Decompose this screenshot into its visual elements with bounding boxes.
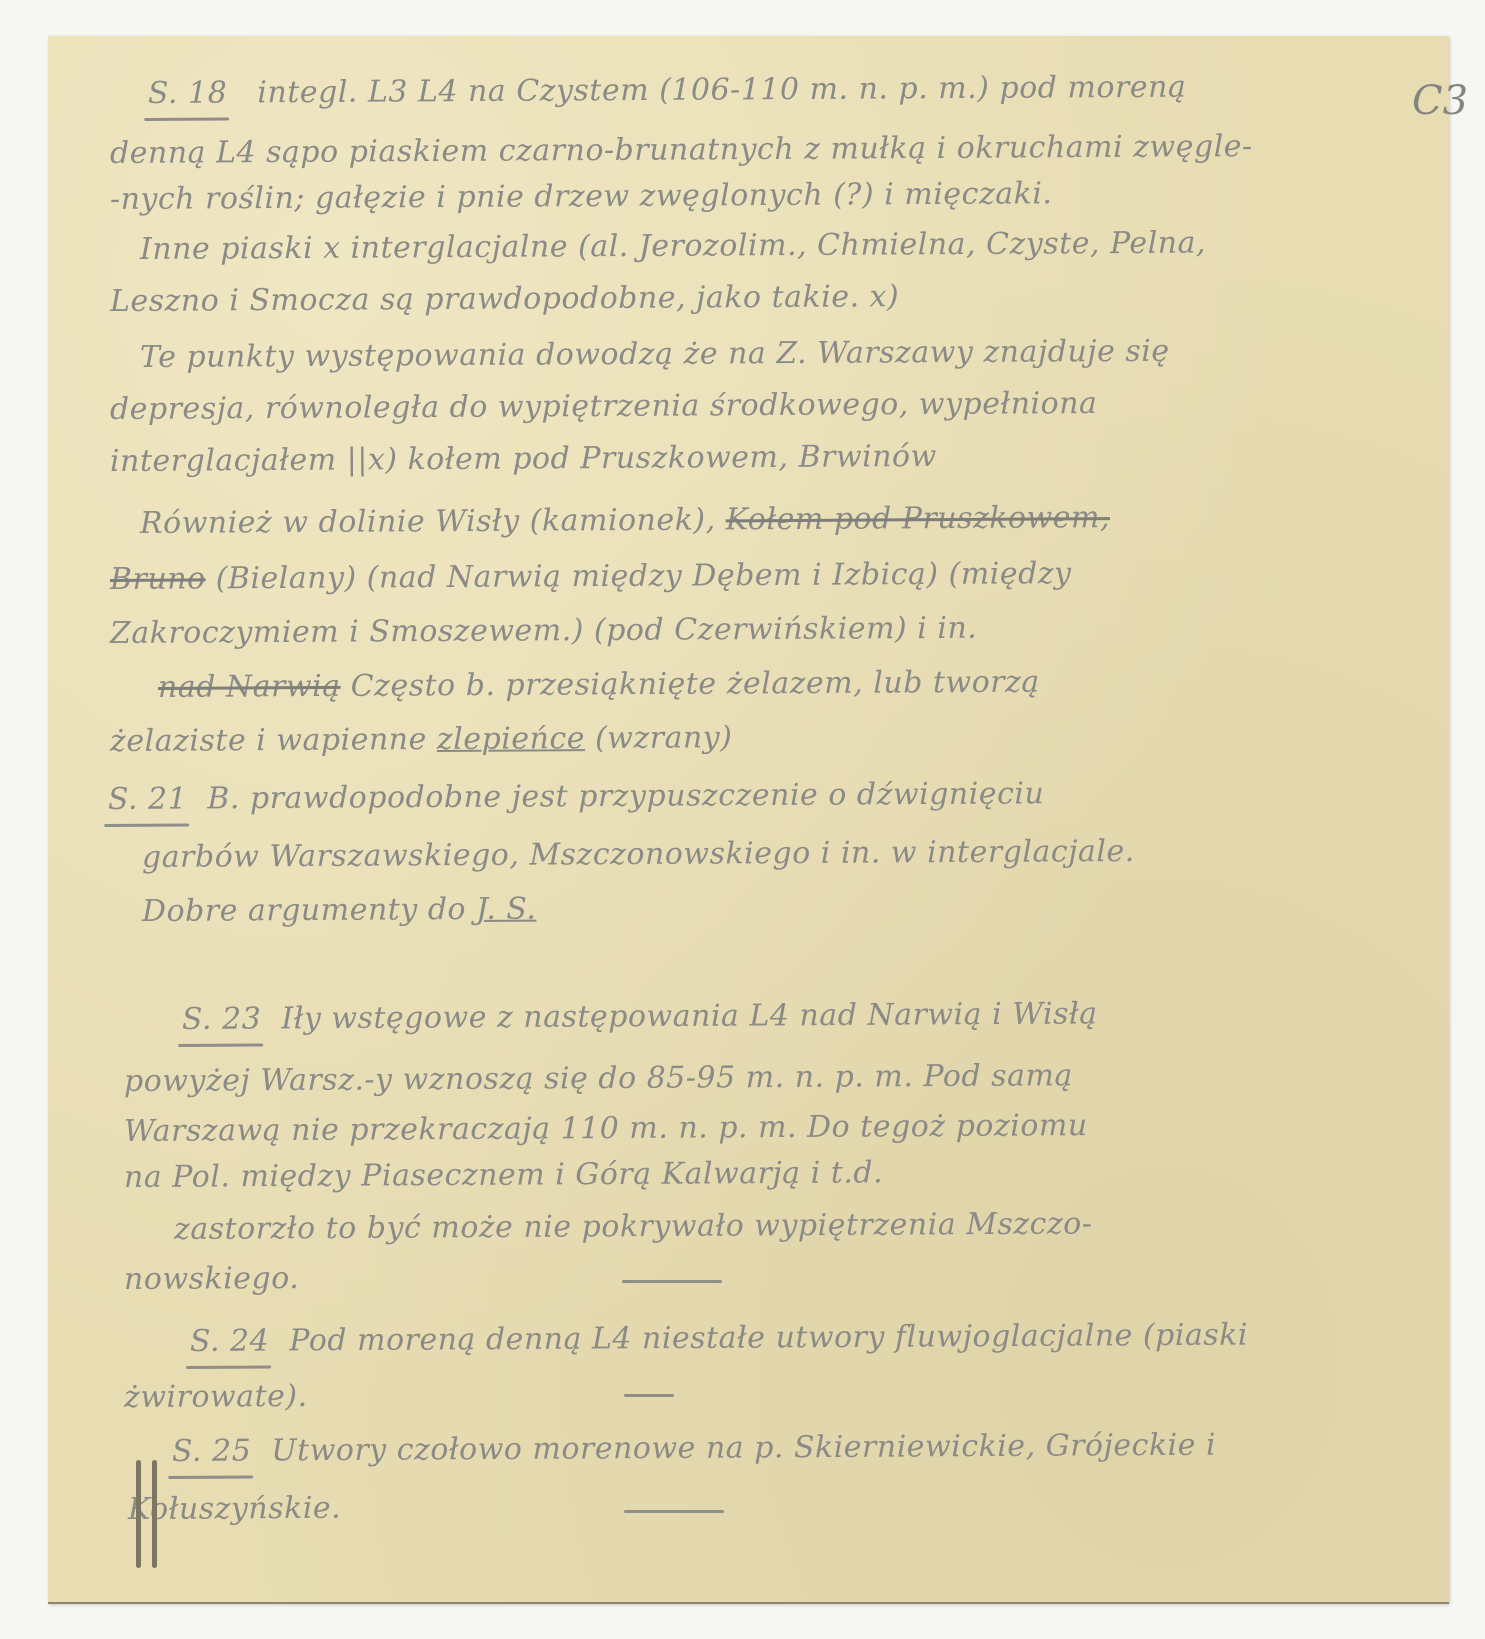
section-label: S. 25 — [172, 1434, 251, 1469]
line-text: Warszawą nie przekraczają 110 m. n. p. m… — [124, 1108, 1088, 1149]
line-text: Leszno i Smocza są prawdopodobne, jako t… — [110, 279, 899, 319]
scan-background: C3 S. 18 integl. L3 L4 na Czystem (106-1… — [0, 0, 1485, 1639]
line-16: Dobre argumenty do J. S. — [142, 892, 537, 929]
line-tail: (wzrany) — [595, 720, 733, 756]
line-25: S. 25 Utwory czołowo morenowe na p. Skie… — [172, 1428, 1216, 1469]
line-10: Bruno (Bielany) (nad Narwią między Dębem… — [110, 556, 1072, 597]
line-9: Również w dolinie Wisły (kamionek), Kołe… — [140, 500, 1110, 541]
line-text: na Pol. między Piasecznem i Górą Kalwarj… — [124, 1155, 883, 1195]
line-13: żelaziste i wapienne zlepieńce (wzrany) — [110, 720, 733, 759]
line-12: nad Narwią Często b. przesiąknięte żelaz… — [158, 665, 1040, 705]
line-text: Pod moreną denną L4 niestałe utwory fluw… — [289, 1318, 1248, 1359]
line-text: powyżej Warsz.-y wznoszą się do 85-95 m.… — [124, 1058, 1073, 1099]
line-text: żwirowate). — [124, 1379, 308, 1415]
line-text: Zakroczymiem i Smoszewem.) (pod Czerwińs… — [110, 611, 978, 651]
line-8: interglacjałem ||x) kołem pod Pruszkowem… — [110, 439, 937, 479]
line-3: -nych roślin; gałęzie i pnie drzew zwęgl… — [110, 176, 1053, 217]
line-text: nowskiego. — [124, 1261, 299, 1297]
line-2: denną L4 sąpo piaskiem czarno-brunatnych… — [110, 129, 1253, 171]
struck-text: nad Narwią — [158, 669, 341, 705]
line-text: Iły wstęgowe z następowania L4 nad Narwi… — [281, 996, 1098, 1036]
double-bar-margin-mark — [136, 1460, 166, 1572]
line-6: Te punkty występowania dowodzą że na Z. … — [140, 334, 1170, 375]
line-text: żelaziste i wapienne — [110, 722, 427, 759]
struck-text: Kołem pod Pruszkowem, — [726, 500, 1111, 537]
line-24: żwirowate). — [124, 1379, 308, 1415]
line-20: na Pol. między Piasecznem i Górą Kalwarj… — [124, 1155, 883, 1195]
line-14: S. 21 B. prawdopodobne jest przypuszczen… — [108, 776, 1044, 817]
line-23: S. 24 Pod moreną denną L4 niestałe utwor… — [190, 1318, 1248, 1359]
page-number-mark: C3 — [1412, 78, 1456, 122]
line-text: Często b. przesiąknięte żelazem, lub two… — [351, 665, 1040, 704]
paper-sheet: C3 S. 18 integl. L3 L4 na Czystem (106-1… — [48, 36, 1449, 1604]
line-17: S. 23 Iły wstęgowe z następowania L4 nad… — [182, 996, 1098, 1037]
line-19: Warszawą nie przekraczają 110 m. n. p. m… — [124, 1108, 1088, 1149]
line-15: garbów Warszawskiego, Mszczonowskiego i … — [142, 834, 1135, 875]
line-text: Inne piaski x interglacjalne (al. Jerozo… — [140, 225, 1206, 267]
line-text: (Bielany) (nad Narwią między Dębem i Izb… — [216, 556, 1072, 596]
line-word: do — [428, 892, 466, 927]
section-label: S. 21 — [108, 782, 187, 817]
line-text: -nych roślin; gałęzie i pnie drzew zwęgl… — [110, 176, 1053, 217]
line-text: Dobre argumenty — [142, 892, 418, 929]
separator-rule — [622, 1280, 722, 1283]
line-4: Inne piaski x interglacjalne (al. Jerozo… — [140, 225, 1206, 267]
line-text: Również w dolinie Wisły (kamionek), — [140, 502, 716, 541]
section-label: S. 24 — [190, 1324, 269, 1359]
separator-rule — [624, 1394, 674, 1397]
line-text: Te punkty występowania dowodzą że na Z. … — [140, 334, 1170, 375]
section-label: S. 18 — [148, 76, 227, 111]
line-text: integl. L3 L4 na Czystem (106-110 m. n. … — [257, 70, 1186, 111]
line-text: zastorzło to być może nie pokrywało wypi… — [174, 1206, 1093, 1247]
separator-rule — [624, 1510, 724, 1513]
line-text: Utwory czołowo morenowe na p. Skierniewi… — [271, 1428, 1216, 1469]
line-text: depresja, równoległa do wypiętrzenia śro… — [110, 386, 1098, 427]
line-7: depresja, równoległa do wypiętrzenia śro… — [110, 386, 1098, 427]
struck-text: Bruno — [110, 561, 206, 597]
line-text: garbów Warszawskiego, Mszczonowskiego i … — [142, 834, 1135, 875]
line-11: Zakroczymiem i Smoszewem.) (pod Czerwińs… — [110, 611, 978, 651]
underlined-initials: J. S. — [476, 892, 537, 927]
line-21: zastorzło to być może nie pokrywało wypi… — [174, 1206, 1093, 1247]
line-text: interglacjałem ||x) kołem pod Pruszkowem… — [110, 439, 937, 479]
line-22: nowskiego. — [124, 1261, 299, 1297]
line-text: denną L4 sąpo piaskiem czarno-brunatnych… — [110, 129, 1253, 171]
line-text: B. prawdopodobne jest przypuszczenie o d… — [207, 776, 1044, 816]
line-5: Leszno i Smocza są prawdopodobne, jako t… — [110, 279, 899, 319]
line-18: powyżej Warsz.-y wznoszą się do 85-95 m.… — [124, 1058, 1073, 1099]
section-label: S. 23 — [182, 1002, 261, 1037]
line-1: S. 18 integl. L3 L4 na Czystem (106-110 … — [148, 70, 1187, 111]
underlined-text: zlepieńce — [437, 721, 585, 757]
